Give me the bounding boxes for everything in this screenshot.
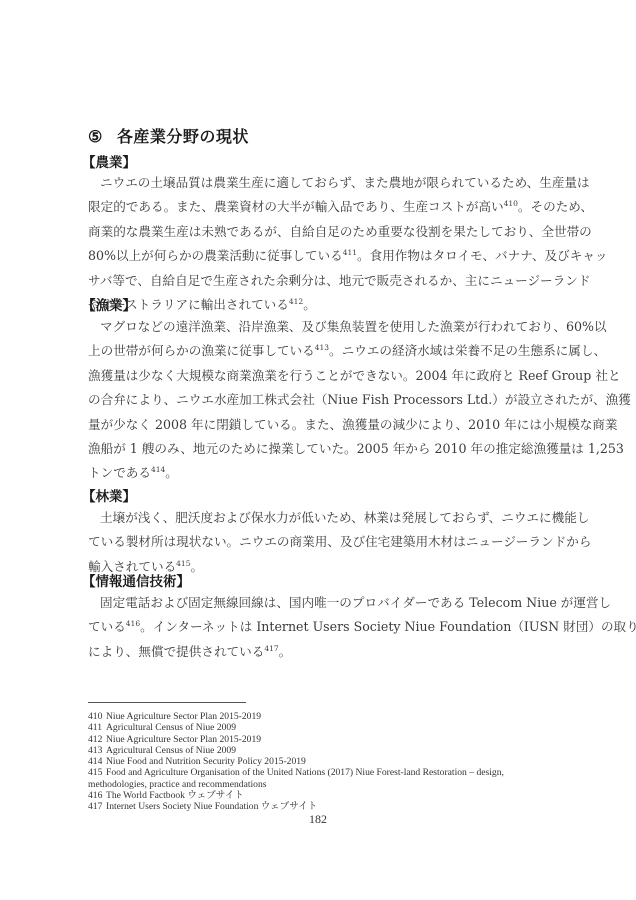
footnote-ref: 413 bbox=[315, 343, 329, 352]
text-line: 固定電話および固定無線回線は、国内唯一のプロバイダーである Telecom Ni… bbox=[88, 591, 558, 615]
text-line: 量が少なく 2008 年に閉鎖している。また、漁獲量の減少により、2010 年に… bbox=[88, 413, 558, 437]
text-line: 80%以上が何らかの農業活動に従事している411。食用作物はタロイモ、バナナ、及… bbox=[88, 244, 558, 268]
paragraph-forestry: 土壌が浅く、肥沃度および保水力が低いため、林業は発展しておらず、ニウエに機能し … bbox=[88, 506, 558, 579]
footnote-ref: 410 bbox=[504, 199, 518, 208]
footnote: 412Niue Agriculture Sector Plan 2015-201… bbox=[88, 734, 558, 745]
paragraph-agriculture: ニウエの土壌品質は農業生産に適しておらず、また農地が限られているため、生産量は … bbox=[88, 171, 558, 317]
footnote-ref: 416 bbox=[126, 619, 140, 628]
footnote: 410Niue Agriculture Sector Plan 2015-201… bbox=[88, 711, 558, 722]
page-number: 182 bbox=[0, 812, 636, 827]
heading-fishery: 【漁業】 bbox=[82, 294, 136, 314]
text-line: 限定的である。また、農業資材の大半が輸入品であり、生産コストが高い410。そのた… bbox=[88, 195, 558, 219]
footnote: 417Internet Users Society Niue Foundatio… bbox=[88, 801, 558, 812]
footnote-continuation: methodologies, practice and recommendati… bbox=[88, 779, 558, 790]
footnote-ref: 415 bbox=[176, 559, 190, 568]
footnote-ref: 411 bbox=[343, 248, 357, 257]
heading-agriculture: 【農業】 bbox=[82, 151, 136, 171]
text-line: サバ等で、自給自足で生産された余剰分は、地元で販売されるか、主にニュージーランド bbox=[88, 269, 558, 293]
text-line: トンである414。 bbox=[88, 461, 558, 485]
text-line: により、無償で提供されている417。 bbox=[88, 640, 558, 664]
footnote: 411Agricultural Census of Niue 2009 bbox=[88, 722, 558, 733]
footnotes: 410Niue Agriculture Sector Plan 2015-201… bbox=[88, 711, 558, 813]
section-title-text: 各産業分野の現状 bbox=[117, 127, 249, 146]
paragraph-fishery: マグロなどの遠洋漁業、沿岸漁業、及び集魚装置を使用した漁業が行われており、60%… bbox=[88, 315, 558, 486]
paragraph-ict: 固定電話および固定無線回線は、国内唯一のプロバイダーである Telecom Ni… bbox=[88, 591, 558, 664]
footnote-ref: 417 bbox=[264, 644, 278, 653]
heading-forestry: 【林業】 bbox=[82, 485, 136, 505]
footnote: 416The World Factbook ウェブサイト bbox=[88, 790, 558, 801]
text-line: 漁獲量は少なく大規模な商業漁業を行うことができない。2004 年に政府と Ree… bbox=[88, 364, 558, 388]
text-line: 上の世帯が何らかの漁業に従事している413。ニウエの経済水域は栄養不足の生態系に… bbox=[88, 339, 558, 363]
heading-ict: 【情報通信技術】 bbox=[82, 570, 190, 590]
footnote: 415Food and Agriculture Organisation of … bbox=[88, 767, 558, 778]
text-line: ている416。インターネットは Internet Users Society N… bbox=[88, 615, 558, 639]
footnote-ref: 412 bbox=[289, 297, 303, 306]
text-line: マグロなどの遠洋漁業、沿岸漁業、及び集魚装置を使用した漁業が行われており、60%… bbox=[88, 315, 558, 339]
text-line: の合弁により、ニウエ水産加工株式会社（Niue Fish Processors … bbox=[88, 388, 558, 412]
text-line: 土壌が浅く、肥沃度および保水力が低いため、林業は発展しておらず、ニウエに機能し bbox=[88, 506, 558, 530]
text-line: ニウエの土壌品質は農業生産に適しておらず、また農地が限られているため、生産量は bbox=[88, 171, 558, 195]
document-page: ⑤各産業分野の現状 【農業】 ニウエの土壌品質は農業生産に適しておらず、また農地… bbox=[0, 0, 636, 900]
footnote-ref: 414 bbox=[151, 465, 165, 474]
text-line: 商業的な農業生産は未熟であるが、自給自足のため重要な役割を果たしており、全世帯の bbox=[88, 220, 558, 244]
text-line: 漁船が 1 艘のみ、地元のために操業していた。2005 年から 2010 年の推… bbox=[88, 437, 558, 461]
text-line: やオーストラリアに輸出されている412。 bbox=[88, 293, 558, 317]
text-line: ている製材所は現状ない。ニウエの商業用、及び住宅建築用木材はニュージーランドから bbox=[88, 530, 558, 554]
footnote-divider bbox=[88, 702, 246, 703]
section-title: ⑤各産業分野の現状 bbox=[88, 124, 249, 147]
footnote: 413Agricultural Census of Niue 2009 bbox=[88, 745, 558, 756]
footnote: 414Niue Food and Nutrition Security Poli… bbox=[88, 756, 558, 767]
section-number: ⑤ bbox=[88, 127, 103, 146]
